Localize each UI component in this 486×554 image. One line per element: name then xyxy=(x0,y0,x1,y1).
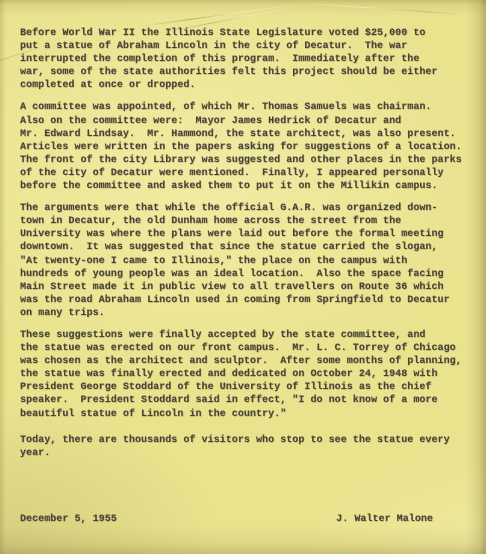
paper-crease xyxy=(295,2,465,15)
paragraph-intro: Before World War II the Illinois State L… xyxy=(20,27,472,92)
text-line: Before World War II the Illinois State L… xyxy=(20,27,472,40)
text-line: year. xyxy=(20,447,472,460)
text-line: Also on the committee were: Mayor James … xyxy=(20,115,472,128)
text-line: downtown. It was suggested that since th… xyxy=(20,241,472,254)
text-line: speaker. President Stoddard said in effe… xyxy=(20,394,472,407)
signature-text: J. Walter Malone xyxy=(336,513,433,526)
text-line: interrupted the completion of this progr… xyxy=(20,53,472,66)
text-line: war, some of the state authorities felt … xyxy=(20,66,472,79)
text-line: the statue was finally erected and dedic… xyxy=(20,368,472,381)
paragraph-arguments: The arguments were that while the offici… xyxy=(20,202,472,320)
text-line: Today, there are thousands of visitors w… xyxy=(20,434,472,447)
text-line: of the city of Decatur were mentioned. F… xyxy=(20,167,472,180)
text-line: completed at once or dropped. xyxy=(20,79,472,92)
text-line: was chosen as the architect and sculptor… xyxy=(20,355,472,368)
text-line: Main Street made it in public view to al… xyxy=(20,281,472,294)
text-line: on many trips. xyxy=(20,307,472,320)
date-text: December 5, 1955 xyxy=(20,513,117,526)
text-line: was the road Abraham Lincoln used in com… xyxy=(20,294,472,307)
text-line: University was where the plans were laid… xyxy=(20,228,472,241)
paper-sheet: Before World War II the Illinois State L… xyxy=(0,0,486,554)
text-line: the statue was erected on our front camp… xyxy=(20,342,472,355)
text-line: The front of the city Library was sugges… xyxy=(20,154,472,167)
paragraph-today: Today, there are thousands of visitors w… xyxy=(20,434,472,460)
text-line: beautiful statue of Lincoln in the count… xyxy=(20,408,472,421)
text-line: President George Stoddard of the Univers… xyxy=(20,381,472,394)
text-line: put a statue of Abraham Lincoln in the c… xyxy=(20,40,472,53)
text-line: before the committee and asked them to p… xyxy=(20,180,472,193)
paragraph-dedication: These suggestions were finally accepted … xyxy=(20,329,472,421)
text-line: Articles were written in the papers aski… xyxy=(20,141,472,154)
text-line: town in Decatur, the old Dunham home acr… xyxy=(20,215,472,228)
document-text: Before World War II the Illinois State L… xyxy=(20,27,472,526)
text-line: hundreds of young people was an ideal lo… xyxy=(20,268,472,281)
text-line: "At twenty-one I came to Illinois," the … xyxy=(20,255,472,268)
text-line: Mr. Edward Lindsay. Mr. Hammond, the sta… xyxy=(20,128,472,141)
text-line: A committee was appointed, of which Mr. … xyxy=(20,101,472,114)
paragraph-committee: A committee was appointed, of which Mr. … xyxy=(20,101,472,193)
document-footer: December 5, 1955 J. Walter Malone xyxy=(20,513,472,526)
text-line: These suggestions were finally accepted … xyxy=(20,329,472,342)
paper-crease xyxy=(143,3,307,27)
text-line: The arguments were that while the offici… xyxy=(20,202,472,215)
